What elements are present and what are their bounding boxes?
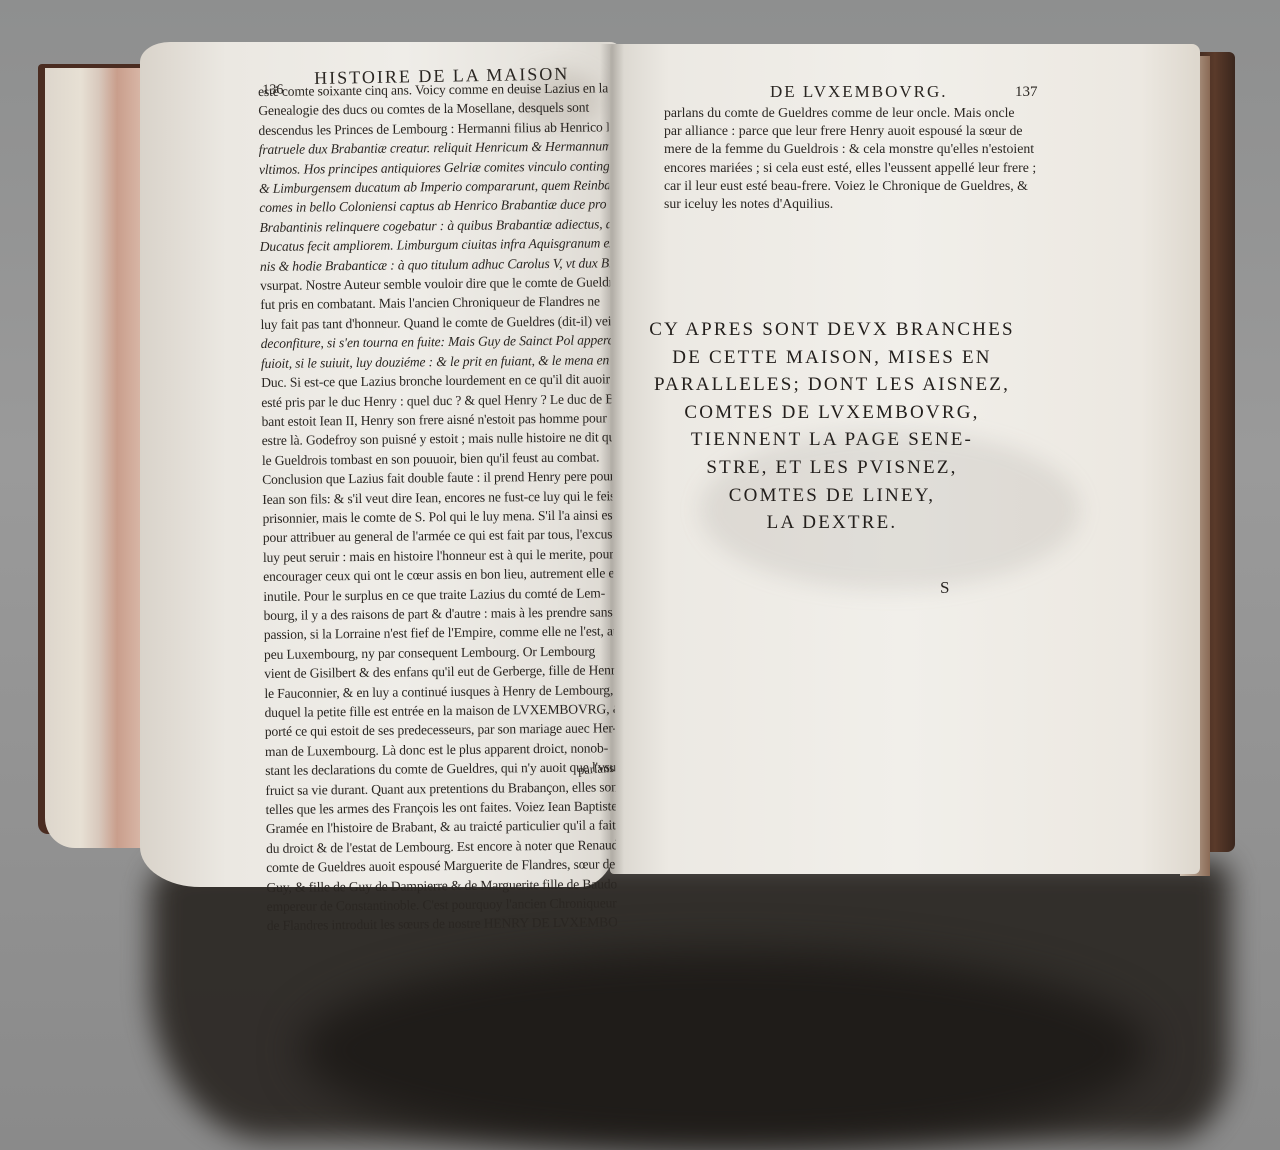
- signature-mark: S: [940, 578, 949, 598]
- catchword: parlans: [578, 761, 615, 778]
- page-number-right: 137: [1015, 84, 1038, 101]
- text-line: car il leur eust esté beau-frere. Voiez …: [664, 177, 1046, 195]
- text-line: encores mariées ; si cela eust esté, ell…: [664, 159, 1046, 177]
- title-line: LA DEXTRE.: [622, 509, 1042, 537]
- text-line: parlans du comte de Gueldres comme de le…: [664, 104, 1046, 122]
- title-line: DE CETTE MAISON, MISES EN: [622, 344, 1042, 372]
- section-title-block: CY APRES SONT DEVX BRANCHES DE CETTE MAI…: [622, 316, 1042, 537]
- running-head-right: DE LVXEMBOVRG.: [770, 82, 948, 102]
- text-line: sur iceluy les notes d'Aquilius.: [664, 195, 1046, 213]
- title-line: COMTES DE LVXEMBOVRG,: [622, 399, 1042, 427]
- text-line: de Flandres introduit les sœurs de nostr…: [267, 913, 617, 936]
- title-line: CY APRES SONT DEVX BRANCHES: [622, 316, 1042, 344]
- book-shadow-deep: [300, 950, 1150, 1150]
- title-line: PARALLELES; DONT LES AISNEZ,: [622, 371, 1042, 399]
- text-line: mere de la femme du Gueldrois : & cela m…: [664, 140, 1046, 158]
- title-line: COMTES DE LINEY,: [622, 482, 1042, 510]
- title-line: STRE, ET LES PVISNEZ,: [622, 454, 1042, 482]
- right-page-body: parlans du comte de Gueldres comme de le…: [664, 104, 1046, 213]
- text-line: par alliance : parce que leur frere Henr…: [664, 122, 1046, 140]
- left-page-body: esté comte soixante cinq ans. Voicy comm…: [258, 78, 617, 935]
- title-line: TIENNENT LA PAGE SENE-: [622, 426, 1042, 454]
